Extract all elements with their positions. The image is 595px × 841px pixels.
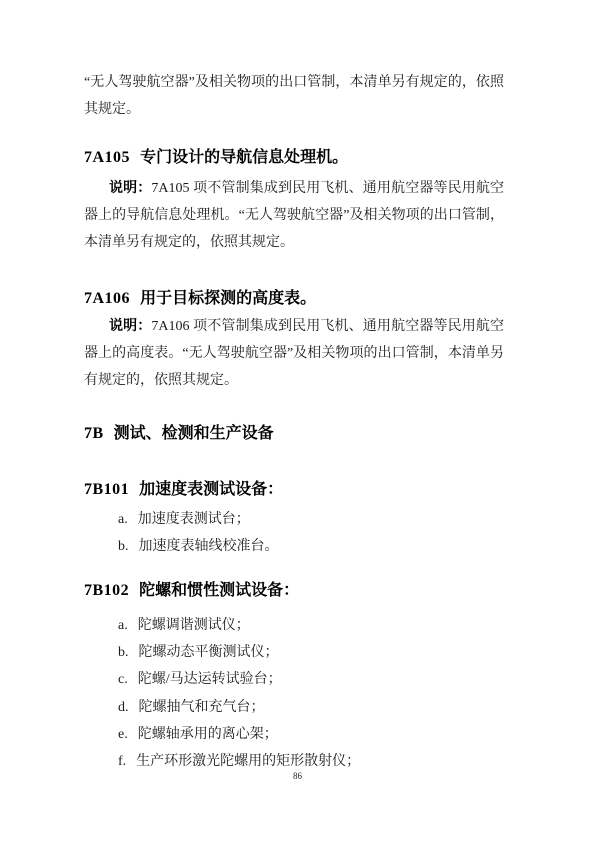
- section-heading-7a105: 7A105专门设计的导航信息处理机。: [84, 148, 504, 168]
- item-marker: d.: [118, 694, 129, 721]
- section-heading-7a106: 7A106用于目标探测的高度表。: [84, 289, 504, 309]
- item-text: 陀螺动态平衡测试仪；: [139, 645, 279, 660]
- section-title: 专门设计的导航信息处理机。: [140, 149, 348, 166]
- item-marker: a.: [118, 506, 128, 533]
- list-item: b.加速度表轴线校准台。: [118, 533, 538, 560]
- item-text: 陀螺/马达运转试验台；: [138, 672, 282, 687]
- section-title: 加速度表测试设备：: [139, 481, 283, 498]
- note-paragraph-7a105: 说明：7A105 项不管制集成到民用飞机、通用航空器等民用航空器上的导航信息处理…: [84, 175, 504, 256]
- section-code: 7B101: [84, 481, 129, 498]
- equipment-list-7b102: a.陀螺调谐测试仪； b.陀螺动态平衡测试仪； c.陀螺/马达运转试验台； d.…: [84, 612, 538, 775]
- item-marker: b.: [118, 639, 129, 666]
- item-text: 生产环形激光陀螺用的矩形散射仪；: [136, 754, 360, 769]
- section-title: 测试、检测和生产设备: [114, 425, 274, 442]
- item-text: 陀螺调谐测试仪；: [138, 618, 250, 633]
- section-code: 7B102: [84, 582, 129, 599]
- item-marker: a.: [118, 612, 128, 639]
- section-title: 用于目标探测的高度表。: [140, 290, 316, 307]
- note-label: 说明：: [109, 181, 151, 196]
- list-item: d.陀螺抽气和充气台；: [118, 694, 538, 721]
- list-item: a.陀螺调谐测试仪；: [118, 612, 538, 639]
- item-marker: c.: [118, 666, 128, 693]
- item-text: 陀螺轴承用的离心架；: [138, 727, 278, 742]
- section-heading-7b101: 7B101加速度表测试设备：: [84, 480, 504, 500]
- section-code: 7A105: [84, 149, 130, 166]
- list-item: e.陀螺轴承用的离心架；: [118, 721, 538, 748]
- document-page: “无人驾驶航空器”及相关物项的出口管制，本清单另有规定的，依照其规定。 7A10…: [0, 0, 595, 841]
- item-marker: e.: [118, 721, 128, 748]
- list-item: c.陀螺/马达运转试验台；: [118, 666, 538, 693]
- intro-paragraph: “无人驾驶航空器”及相关物项的出口管制，本清单另有规定的，依照其规定。: [84, 69, 504, 123]
- page-number: 86: [0, 771, 595, 782]
- item-text: 陀螺抽气和充气台；: [139, 700, 265, 715]
- note-label: 说明：: [109, 319, 151, 334]
- note-paragraph-7a106: 说明：7A106 项不管制集成到民用飞机、通用航空器等民用航空器上的高度表。“无…: [84, 313, 504, 394]
- equipment-list-7b101: a.加速度表测试台； b.加速度表轴线校准台。: [84, 506, 538, 560]
- section-code: 7A106: [84, 290, 130, 307]
- item-text: 加速度表轴线校准台。: [139, 539, 279, 554]
- section-title: 陀螺和惯性测试设备：: [139, 582, 299, 599]
- section-heading-7b102: 7B102陀螺和惯性测试设备：: [84, 581, 504, 601]
- item-text: 加速度表测试台；: [138, 512, 250, 527]
- list-item: a.加速度表测试台；: [118, 506, 538, 533]
- section-heading-7b: 7B测试、检测和生产设备: [84, 424, 504, 444]
- item-marker: b.: [118, 533, 129, 560]
- section-code: 7B: [84, 425, 104, 442]
- list-item: b.陀螺动态平衡测试仪；: [118, 639, 538, 666]
